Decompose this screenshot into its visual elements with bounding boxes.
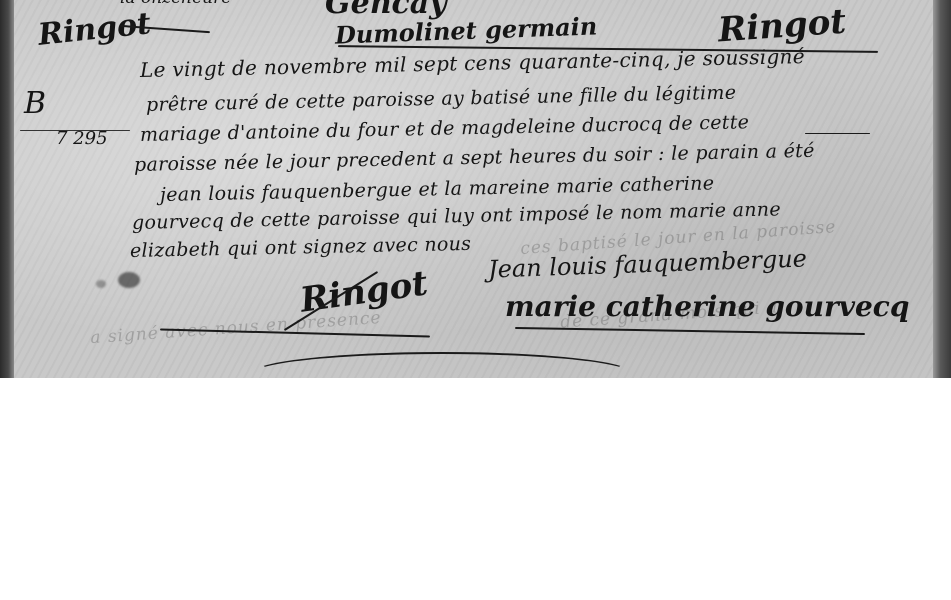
blank-area [0,378,951,600]
signature-marraine: marie catherine gourvecq [505,290,909,323]
signature-ringot-top-left: Ringot [36,6,152,53]
signature-ringot-cure: Ringot [298,263,430,320]
line-filler-rule [805,133,870,134]
ink-blot [118,272,140,288]
entry-line-7: elizabeth qui ont signez avec nous [130,233,472,262]
signature-ringot-top-right: Ringot [717,2,848,51]
bottom-flourish [250,352,634,378]
page-binding-left [0,0,14,378]
margin-entry-number: 7 295 [56,128,108,149]
entry-line-2: prêtre curé de cette paroisse ay batisé … [146,82,737,116]
entry-line-1: Le vingt de novembre mil sept cens quara… [140,44,805,82]
entry-line-3: mariage d'antoine du four et de magdelei… [140,111,750,146]
page-binding-right [933,0,951,378]
register-scan: ces baptisé le jour en la paroisse a sig… [0,0,951,378]
margin-baptism-letter: B [24,86,46,121]
ink-blot [96,280,106,288]
entry-line-4: paroisse née le jour precedent a sept he… [134,140,815,176]
